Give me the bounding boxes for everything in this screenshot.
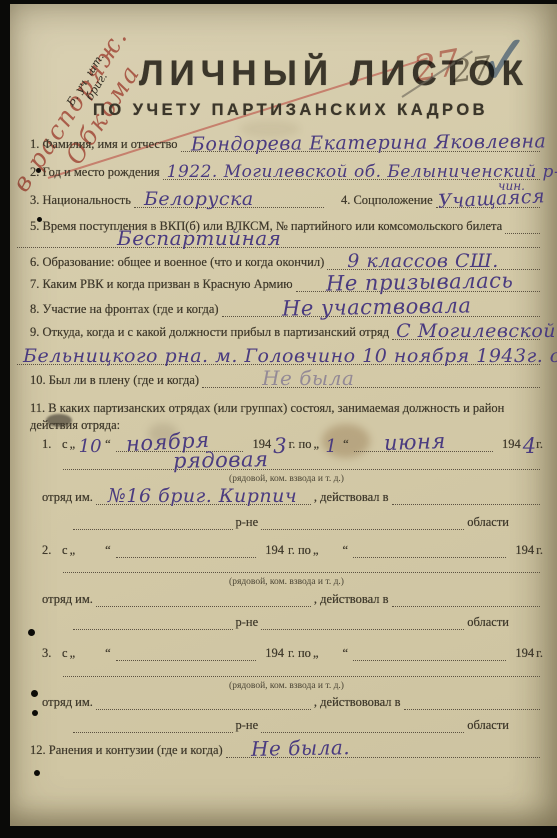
open-quote: „ bbox=[313, 543, 319, 558]
field-education: 6. Образование: общее и военное (что и к… bbox=[30, 254, 543, 270]
blue-check-mark: ✓ bbox=[478, 14, 531, 107]
rayon-line bbox=[73, 717, 233, 733]
service-row-1-position: рядовая bbox=[60, 454, 543, 470]
oblast-label: области bbox=[467, 615, 509, 630]
service-row-3-otryad: отряд им. , действововал в bbox=[42, 694, 543, 710]
otryad-label: отряд им. bbox=[42, 695, 93, 710]
field-party-continuation: Беспартийная bbox=[14, 232, 543, 248]
position-hint: (рядовой, ком. взвода и т. д.) bbox=[30, 474, 543, 484]
field-captivity-value: Не была bbox=[262, 366, 354, 390]
open-quote: „ bbox=[70, 543, 76, 558]
field-draft: 7. Каким РВК и когда призван в Красную А… bbox=[30, 276, 543, 292]
otryad-line bbox=[96, 694, 311, 710]
open-quote: „ bbox=[70, 646, 76, 661]
field-socposition-line: Учащаяся bbox=[436, 192, 540, 208]
otryad-value: №16 бриг. Кирпич bbox=[108, 485, 297, 507]
field-captivity-label: 10. Был ли в плену (где и когда) bbox=[30, 373, 199, 388]
punch-hole bbox=[32, 710, 38, 716]
close-quote: “ bbox=[343, 543, 349, 558]
field-origin-value2: Бельницкого рна. м. Головчино 10 ноября … bbox=[23, 345, 557, 367]
service-row-index: 1. bbox=[42, 437, 62, 452]
field-fronts: 8. Участие на фронтах (где и когда) Не у… bbox=[30, 301, 543, 317]
punch-hole bbox=[28, 629, 35, 636]
service-row-index: 3. bbox=[42, 646, 62, 661]
field-wounds-label: 12. Ранения и контузии (где и когда) bbox=[30, 743, 223, 758]
service-position-line: рядовая bbox=[63, 454, 540, 470]
open-quote: „ bbox=[314, 437, 320, 452]
service-s-label: с bbox=[62, 543, 68, 558]
acted-label: , действововал в bbox=[314, 695, 401, 710]
acted-label: , действовал в bbox=[314, 490, 389, 505]
g-suffix: г. bbox=[536, 646, 543, 661]
service-position-line bbox=[63, 661, 540, 677]
service-row-1-rayon: р-не области bbox=[70, 514, 509, 530]
position-hint: (рядовой, ком. взвода и т. д.) bbox=[30, 577, 543, 587]
field-party-line2: Беспартийная bbox=[17, 232, 540, 248]
g-suffix: г. bbox=[536, 437, 543, 452]
field-captivity-line: Не была bbox=[202, 372, 540, 388]
year-prefix: 194 bbox=[502, 437, 521, 452]
year-prefix: 194 bbox=[265, 543, 284, 558]
service-row-1-dates: 1. с „ 10 “ ноября 194 3 г. по „ 1 “ июн… bbox=[42, 436, 543, 452]
field-surname-value: Бондорева Екатерина Яковлевна bbox=[190, 130, 545, 155]
open-quote: „ bbox=[313, 646, 319, 661]
field-birth: 2. Год и место рождения 1922. Могилевско… bbox=[30, 164, 543, 180]
year-prefix: 194 bbox=[515, 543, 534, 558]
service-from-day: 10 bbox=[77, 440, 103, 453]
field-party-value: Беспартийная bbox=[117, 226, 281, 250]
rayon-line bbox=[73, 514, 233, 530]
service-s-label: с bbox=[62, 437, 68, 452]
service-row-1-otryad: отряд им. №16 бриг. Кирпич , действовал … bbox=[42, 489, 543, 505]
close-quote: “ bbox=[343, 646, 349, 661]
field-education-label: 6. Образование: общее и военное (что и к… bbox=[30, 255, 324, 270]
open-quote: „ bbox=[70, 437, 76, 452]
close-quote: “ bbox=[343, 437, 349, 452]
field-wounds-line: Не была. bbox=[226, 742, 540, 758]
field-origin-line: С Могилевской об. bbox=[392, 324, 540, 340]
acted-line bbox=[404, 694, 540, 710]
field-nationality-line: Белоруска bbox=[134, 192, 324, 208]
field-nationality-value: Белоруска bbox=[144, 188, 254, 210]
otryad-label: отряд им. bbox=[42, 490, 93, 505]
service-row-2-dates: 2. с „ “ 194 г. по „ “ 194 г. bbox=[42, 542, 543, 558]
oblast-line bbox=[261, 514, 464, 530]
field-draft-line: Не призывалась bbox=[296, 276, 540, 292]
punch-hole bbox=[34, 770, 40, 776]
otryad-line: №16 бриг. Кирпич bbox=[96, 489, 311, 505]
field-detachments-label: 11. В каких партизанских отрядах (или гр… bbox=[30, 400, 535, 434]
field-origin-label: 9. Откуда, когда и с какой должности при… bbox=[30, 325, 389, 340]
service-to-month-line: июня bbox=[354, 436, 493, 452]
field-wounds-value: Не была. bbox=[251, 735, 351, 761]
service-row-2-position bbox=[60, 557, 543, 573]
po-label: г. по bbox=[289, 437, 312, 452]
field-draft-label: 7. Каким РВК и когда призван в Красную А… bbox=[30, 277, 293, 292]
rne-label: р-не bbox=[236, 718, 259, 733]
close-quote: “ bbox=[105, 646, 111, 661]
field-surname-label: 1. Фамилия, имя и отчество bbox=[30, 137, 178, 152]
service-to-day: 1 bbox=[321, 440, 341, 453]
field-origin-line2: Бельницкого рна. м. Головчино 10 ноября … bbox=[17, 349, 540, 365]
service-position: рядовая bbox=[173, 447, 269, 473]
otryad-label: отряд им. bbox=[42, 592, 93, 607]
oblast-line bbox=[261, 717, 464, 733]
field-birth-line: 1922. Могилевской об. Белыниченский р-н … bbox=[163, 164, 540, 180]
service-row-2-rayon: р-не области bbox=[70, 614, 509, 630]
service-to-month: июня bbox=[383, 429, 446, 455]
rne-label: р-не bbox=[236, 515, 259, 530]
field-fronts-line: Не участвовала bbox=[222, 301, 540, 317]
service-from-month-line bbox=[116, 645, 257, 661]
field-draft-value: Не призывалась bbox=[325, 268, 513, 295]
field-origin-value: С Могилевской об. bbox=[396, 320, 557, 342]
po-label: г. по bbox=[288, 646, 311, 661]
field-birth-label: 2. Год и место рождения bbox=[30, 165, 160, 180]
field-wounds: 12. Ранения и контузии (где и когда) Не … bbox=[30, 742, 543, 758]
rne-label: р-не bbox=[236, 615, 259, 630]
field-fronts-value: Не участвовала bbox=[281, 293, 471, 320]
service-row-3-rayon: р-не области bbox=[70, 717, 509, 733]
service-row-3-position bbox=[60, 661, 543, 677]
field-surname: 1. Фамилия, имя и отчество Бондорева Ека… bbox=[30, 136, 543, 152]
service-row-3-dates: 3. с „ “ 194 г. по „ “ 194 г. bbox=[42, 645, 543, 661]
year-prefix: 194 bbox=[265, 646, 284, 661]
po-label: г. по bbox=[288, 543, 311, 558]
service-s-label: с bbox=[62, 646, 68, 661]
service-to-year: 4 bbox=[523, 440, 536, 453]
otryad-line bbox=[96, 591, 311, 607]
oblast-label: области bbox=[467, 718, 509, 733]
g-suffix: г. bbox=[536, 543, 543, 558]
service-from-month-line bbox=[116, 542, 257, 558]
punch-hole bbox=[31, 690, 38, 697]
field-nationality-socposition: 3. Национальность Белоруска 4. Соцположе… bbox=[30, 192, 543, 208]
page-subtitle: ПО УЧЕТУ ПАРТИЗАНСКИХ КАДРОВ bbox=[93, 101, 488, 120]
field-surname-line: Бондорева Екатерина Яковлевна bbox=[181, 136, 540, 152]
year-prefix: 194 bbox=[515, 646, 534, 661]
acted-line bbox=[392, 489, 540, 505]
service-to-month-line bbox=[353, 542, 506, 558]
close-quote: “ bbox=[105, 437, 111, 452]
scanned-document: в распоряж. Обкома Б. уч. шт. бриг. ЛИЧН… bbox=[0, 0, 557, 838]
acted-label: , действовал в bbox=[314, 592, 389, 607]
oblast-line bbox=[261, 614, 464, 630]
field-nationality-label: 3. Национальность bbox=[30, 193, 131, 208]
acted-line bbox=[392, 591, 540, 607]
service-from-year: 3 bbox=[273, 440, 286, 453]
service-to-month-line bbox=[353, 645, 506, 661]
position-hint: (рядовой, ком. взвода и т. д.) bbox=[30, 681, 543, 691]
field-captivity: 10. Был ли в плену (где и когда) Не была bbox=[30, 372, 543, 388]
field-socposition-label: 4. Соцположение bbox=[341, 193, 433, 208]
close-quote: “ bbox=[105, 543, 111, 558]
service-position-line bbox=[63, 557, 540, 573]
field-fronts-label: 8. Участие на фронтах (где и когда) bbox=[30, 302, 219, 317]
service-row-2-otryad: отряд им. , действовал в bbox=[42, 591, 543, 607]
field-origin-continuation: Бельницкого рна. м. Головчино 10 ноября … bbox=[14, 349, 543, 365]
field-origin: 9. Откуда, когда и с какой должности при… bbox=[30, 324, 543, 340]
service-row-index: 2. bbox=[42, 543, 62, 558]
rayon-line bbox=[73, 614, 233, 630]
oblast-label: области bbox=[467, 515, 509, 530]
